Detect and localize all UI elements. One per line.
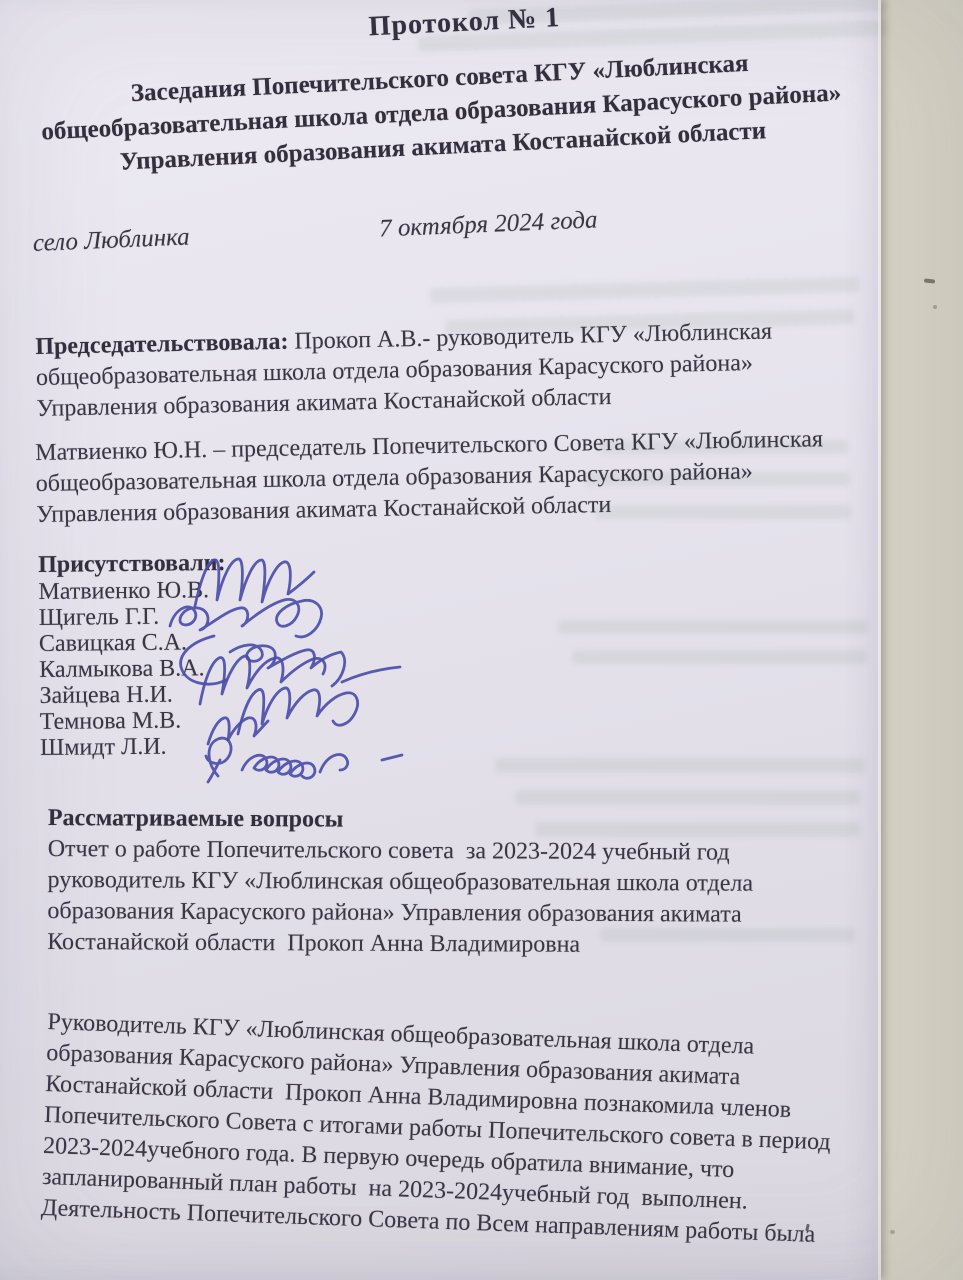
chairperson-paragraph: Председательствовала: Прокоп А.В.- руков… <box>35 317 774 425</box>
bleed-through-text <box>572 650 867 664</box>
document-heading: Протокол № 1 Заседания Попечительского с… <box>0 0 883 185</box>
chairperson-label: Председательствовала: <box>35 329 289 360</box>
agenda-line: Отчет о работе Попечительского совета за… <box>48 834 754 869</box>
place-label: село Люблинка <box>32 223 190 258</box>
document-page: Протокол № 1 Заседания Попечительского с… <box>0 0 881 1280</box>
date-label: 7 октября 2024 года <box>379 206 599 243</box>
agenda-line: Костанайской области Прокоп Анна Владими… <box>47 927 753 962</box>
report-paragraph: Руководитель КГУ «Люблинская общеобразов… <box>40 1007 834 1251</box>
agenda-line: образования Карасуского района» Управлен… <box>47 896 753 931</box>
signature-shmidt <box>206 738 402 782</box>
agenda-line: руководитель КГУ «Люблинская общеобразов… <box>48 865 754 900</box>
agenda-section: Рассматриваемые вопросы Отчет о работе П… <box>47 803 753 962</box>
dust-speck <box>933 305 937 309</box>
signatures-overlay <box>150 548 580 793</box>
bleed-through-text <box>430 276 860 303</box>
dust-speck <box>924 278 935 283</box>
place-date-row: село Люблинка 7 октября 2024 года <box>32 206 598 258</box>
signature-shchigel <box>170 599 322 636</box>
document-subtitle: Заседания Попечительского совета КГУ «Лю… <box>0 41 883 186</box>
scanned-photo: Протокол № 1 Заседания Попечительского с… <box>0 0 963 1280</box>
signature-matvienko <box>195 559 314 606</box>
council-chairman-paragraph: Матвиенко Ю.Н. – председатель Попечитель… <box>35 424 824 531</box>
bleed-through-text <box>558 620 868 634</box>
agenda-label: Рассматриваемые вопросы <box>48 803 754 838</box>
dust-speck <box>890 1230 895 1234</box>
